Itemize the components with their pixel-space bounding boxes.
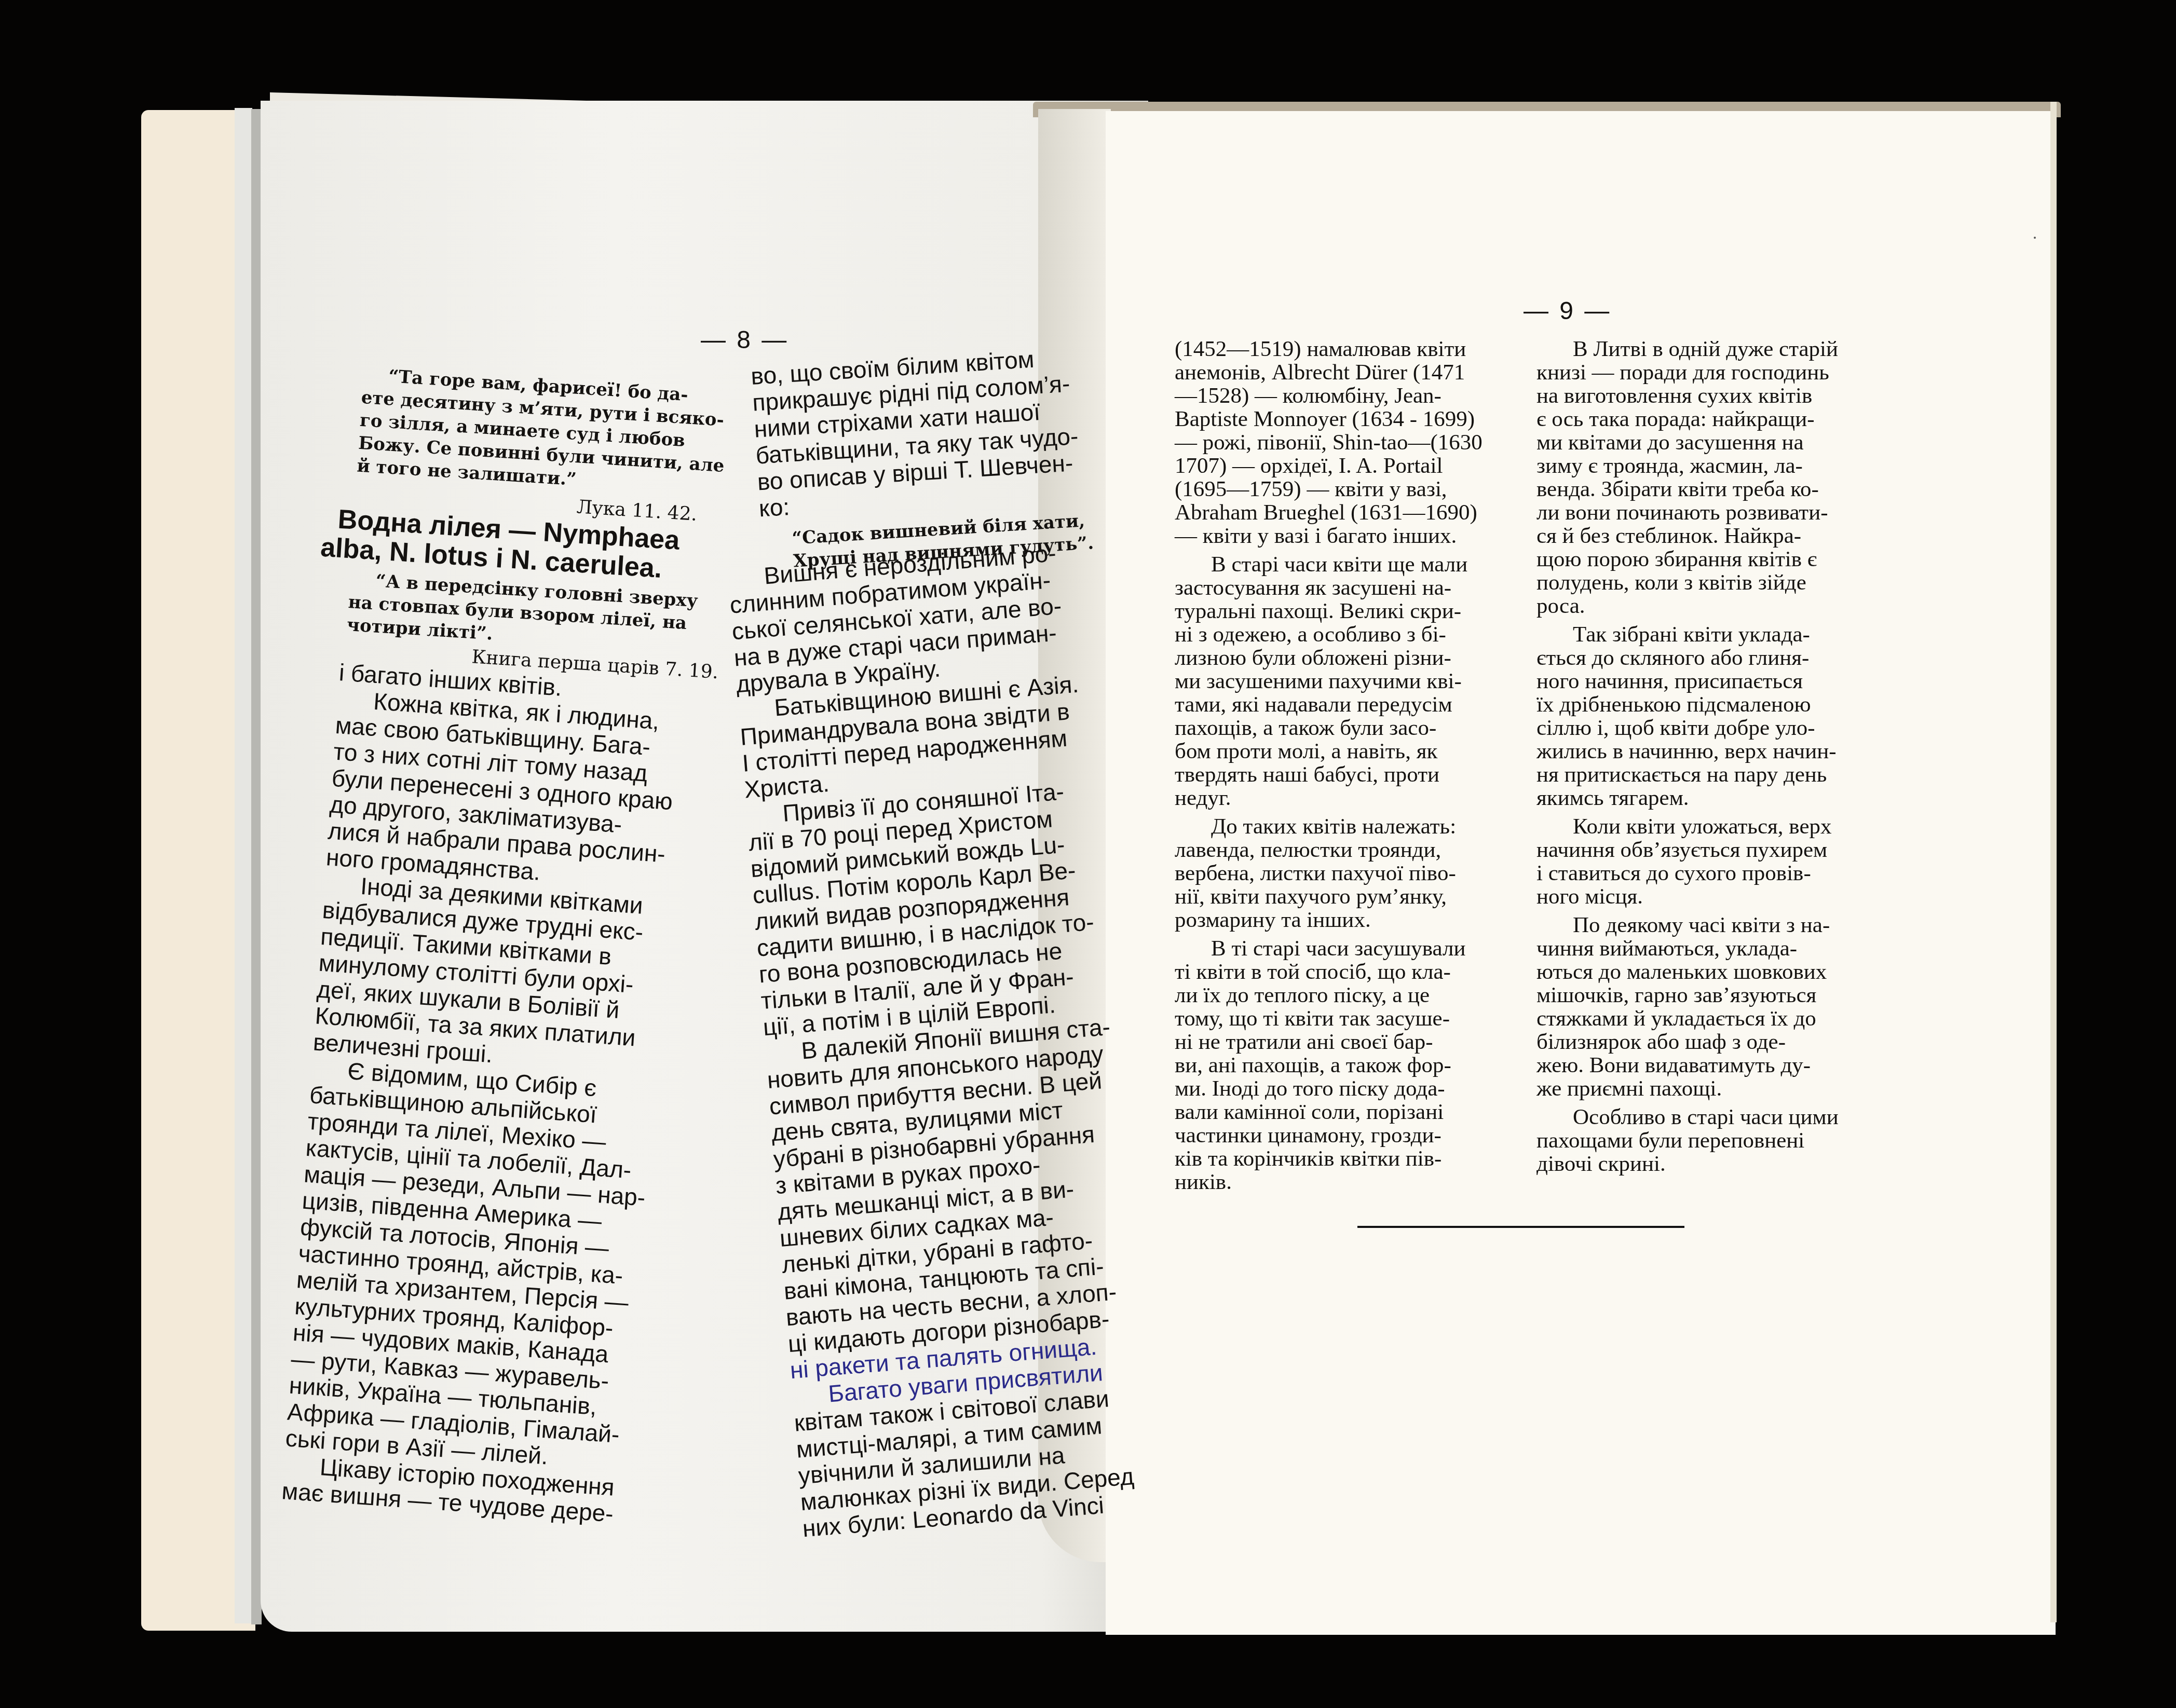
text-line: сіллю і, щоб квіти добре уло- xyxy=(1536,716,1889,740)
right-back-strip xyxy=(2050,102,2057,1622)
text-line: лизною були обложені різни- xyxy=(1175,646,1533,669)
text-line: пахощів, а також були засо- xyxy=(1175,716,1533,740)
text-line: ті квіти в той спосіб, що кла- xyxy=(1175,960,1533,983)
text-line: анемонів, Albrecht Dürer (1471 xyxy=(1175,361,1533,384)
text-line: вербена, листки пахучої піво- xyxy=(1175,862,1533,885)
page-number-right: — 9 — xyxy=(1524,297,1611,325)
text-line: В Литві в одній дуже старій xyxy=(1536,337,1889,361)
text-line: ми засушеними пахучими кві- xyxy=(1175,669,1533,693)
text-line: на виготовлення сухих квітів xyxy=(1536,384,1889,407)
left-column-1-body: і багато інших квітів.Кожна квітка, як і… xyxy=(281,659,723,1531)
epigraph-luke: “Та горе вам, фарисеї! бо да- ете десяти… xyxy=(356,363,736,501)
text-line: В старі часи квіти ще мали xyxy=(1175,553,1533,576)
text-line: лавенда, пелюстки троянди, xyxy=(1175,838,1533,862)
left-column-2-body: Вишня є нероздільним ро-слинним побратим… xyxy=(727,537,1166,1542)
text-line: ся й без стеблинок. Найкра- xyxy=(1536,524,1889,548)
text-line: недуг. xyxy=(1175,786,1533,810)
text-line: ли їх до теплого піску, а це xyxy=(1175,983,1533,1007)
text-line: роса. xyxy=(1536,594,1889,618)
text-line: тому, що ті квіти так засуше- xyxy=(1175,1007,1533,1030)
text-line: же приємні пахощі. xyxy=(1536,1077,1889,1100)
text-line: вали камінної соли, порізані xyxy=(1175,1100,1533,1124)
text-line: ня притискається на пару день xyxy=(1536,763,1889,786)
text-line: По деякому часі квіти з на- xyxy=(1536,913,1889,937)
text-line: книзі — поради для господинь xyxy=(1536,361,1889,384)
text-line: Baptiste Monnoyer (1634 - 1699) xyxy=(1175,407,1533,431)
text-line: — рожі, півонії, Shin-tao—(1630 xyxy=(1175,431,1533,454)
text-line: тами, які надавали передусім xyxy=(1175,693,1533,716)
text-line: ється до скляного або глиня- xyxy=(1536,646,1889,669)
text-line: ні не тратили ані своєї бар- xyxy=(1175,1030,1533,1054)
text-line: зиму є троянда, жасмин, ла- xyxy=(1536,454,1889,477)
page-edge-1 xyxy=(235,108,252,1623)
text-line: До таких квітів належать: xyxy=(1175,815,1533,838)
text-line: ли вони починають розвивати- xyxy=(1536,501,1889,524)
text-line: полудень, коли з квітів зійде xyxy=(1536,571,1889,594)
text-line: якимсь тягарем. xyxy=(1536,786,1889,810)
text-line: є ось така порада: найкращи- xyxy=(1536,407,1889,431)
text-line: ви, ані пахощів, а також фор- xyxy=(1175,1054,1533,1077)
text-line: ного начиння, присипається xyxy=(1536,669,1889,693)
text-line: ми. Іноді до того піску дода- xyxy=(1175,1077,1533,1100)
text-line: жею. Вони видаватимуть ду- xyxy=(1536,1054,1889,1077)
text-line: В ті старі часи засушували xyxy=(1175,937,1533,960)
text-line: чиння виймаються, уклада- xyxy=(1536,937,1889,960)
text-line: і ставиться до сухого провів- xyxy=(1536,862,1889,885)
text-line: пахощами були переповнені xyxy=(1536,1129,1889,1152)
text-line: Abraham Brueghel (1631—1690) xyxy=(1175,501,1533,524)
page-number-left: — 8 — xyxy=(701,326,788,354)
text-line: ного місця. xyxy=(1536,885,1889,908)
text-line: нії, квіти пахучого рум’янку, xyxy=(1175,885,1533,908)
right-column-1: (1452—1519) намалював квітианемонів, Alb… xyxy=(1175,337,1533,1194)
text-line: білизнярок або шаф з оде- xyxy=(1536,1030,1889,1054)
text-line: ників. xyxy=(1175,1170,1533,1194)
text-line: (1695—1759) — квіти у вазі, xyxy=(1175,477,1533,501)
text-line: Коли квіти уложаться, верх xyxy=(1536,815,1889,838)
text-line: жились в начинню, верх начин- xyxy=(1536,740,1889,763)
left-column-1-top: “Та горе вам, фарисеї! бо да- ете десяти… xyxy=(345,363,736,683)
text-line: туральні пахощі. Великі скри- xyxy=(1175,599,1533,623)
text-line: твердять наші бабусі, проти xyxy=(1175,763,1533,786)
text-line: розмарину та інших. xyxy=(1175,908,1533,932)
text-line: стяжками й укладається їх до xyxy=(1536,1007,1889,1030)
text-line: щою порою збирання квітів є xyxy=(1536,548,1889,571)
text-line: ків та корінчиків квітки пів- xyxy=(1175,1147,1533,1170)
text-line: дівочі скрині. xyxy=(1536,1152,1889,1176)
text-line: — квіти у вазі і багато інших. xyxy=(1175,524,1533,548)
text-line: бом проти молі, а навіть, як xyxy=(1175,740,1533,763)
text-line: 1707) — орхідеї, I. A. Portail xyxy=(1175,454,1533,477)
text-line: частинки цинамону, грозди- xyxy=(1175,1124,1533,1147)
page-edge-2 xyxy=(251,109,262,1624)
text-line: ми квітами до засушення на xyxy=(1536,431,1889,454)
text-line: мішочків, гарно зав’язуються xyxy=(1536,983,1889,1007)
text-line: їх дрібненькою підсмаленою xyxy=(1536,693,1889,716)
text-line: Так зібрані квіти уклада- xyxy=(1536,623,1889,646)
text-line: (1452—1519) намалював квіти xyxy=(1175,337,1533,361)
text-line: Особливо в старі часи цими xyxy=(1536,1105,1889,1129)
paper-speck xyxy=(2034,237,2036,239)
text-line: —1528) — колюмбіну, Jean- xyxy=(1175,384,1533,407)
end-rule xyxy=(1357,1226,1684,1228)
text-line: венда. Збірати квіти треба ко- xyxy=(1536,477,1889,501)
text-line: застосування як засушені на- xyxy=(1175,576,1533,599)
text-line: ні з одежею, а особливо з бі- xyxy=(1175,623,1533,646)
text-line: ються до маленьких шовкових xyxy=(1536,960,1889,983)
left-column-2-intro: во, що своїм білим квітомприкрашує рідні… xyxy=(750,341,1117,522)
right-column-2: В Литві в одній дуже старійкнизі — порад… xyxy=(1536,337,1889,1176)
text-line: начиння обв’язується пухирем xyxy=(1536,838,1889,862)
